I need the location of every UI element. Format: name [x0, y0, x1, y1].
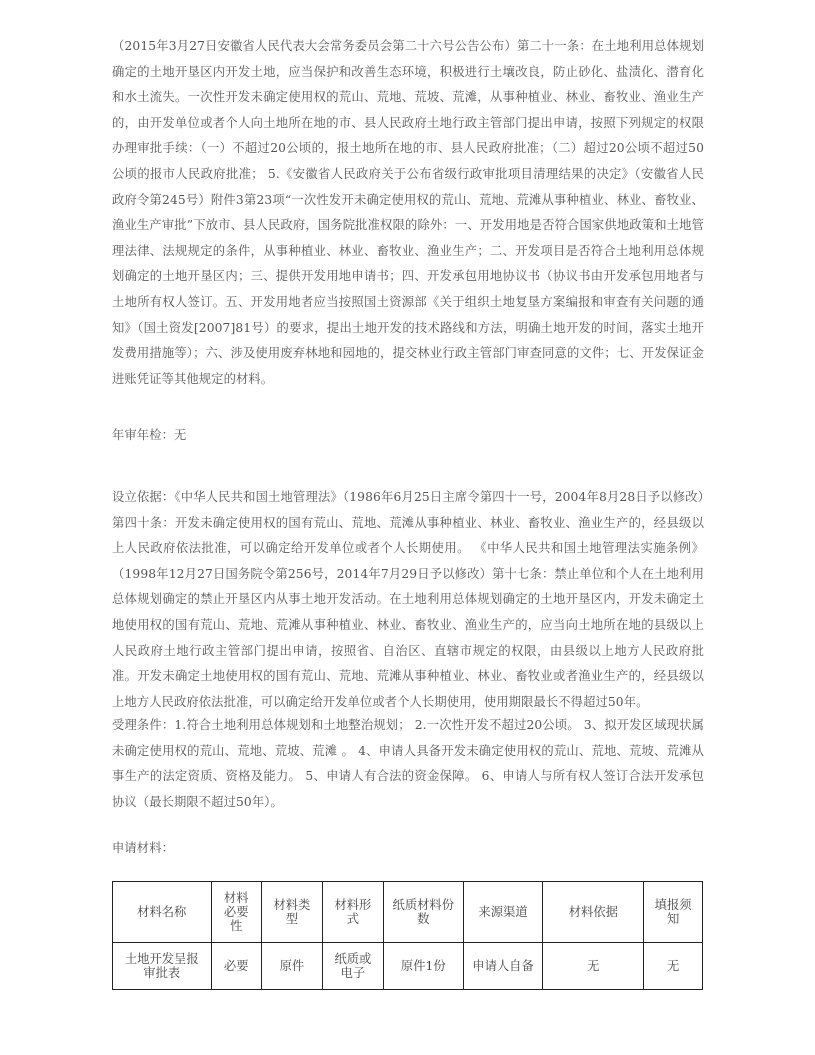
table-row: 土地开发呈报审批表 必要 原件 纸质或电子 原件1份 申请人自备 无 无 — [113, 943, 703, 990]
cell-necessity: 必要 — [211, 943, 261, 990]
header-material-basis: 材料依据 — [543, 882, 644, 943]
acceptance-conditions-text: 受理条件：1.符合土地利用总体规划和土地整治规划； 2.一次性开发不超过20公顷… — [112, 713, 704, 815]
materials-table: 材料名称 材料必要性 材料类型 材料形式 纸质材料份数 来源渠道 材料依据 填报… — [112, 881, 703, 990]
materials-label: 申请材料： — [112, 836, 704, 862]
cell-material-basis: 无 — [543, 943, 644, 990]
header-source-channel: 来源渠道 — [463, 882, 543, 943]
cell-material-form: 纸质或电子 — [322, 943, 383, 990]
header-material-type: 材料类型 — [261, 882, 322, 943]
header-filling-notes: 填报须知 — [644, 882, 703, 943]
paragraph-regulation-text: （2015年3月27日安徽省人民代表大会常务委员会第二十六号公告公布）第二十一条… — [112, 34, 704, 392]
cell-filling-notes: 无 — [644, 943, 703, 990]
annual-review-text: 年审年检：无 — [112, 423, 704, 449]
header-material-form: 材料形式 — [322, 882, 383, 943]
header-paper-copies: 纸质材料份数 — [383, 882, 463, 943]
header-necessity: 材料必要性 — [211, 882, 261, 943]
cell-source-channel: 申请人自备 — [463, 943, 543, 990]
legal-basis-text: 设立依据：《中华人民共和国土地管理法》（1986年6月25日主席令第四十一号，2… — [112, 485, 704, 715]
table-header-row: 材料名称 材料必要性 材料类型 材料形式 纸质材料份数 来源渠道 材料依据 填报… — [113, 882, 703, 943]
header-material-name: 材料名称 — [113, 882, 212, 943]
cell-material-name: 土地开发呈报审批表 — [113, 943, 212, 990]
cell-material-type: 原件 — [261, 943, 322, 990]
cell-paper-copies: 原件1份 — [383, 943, 463, 990]
